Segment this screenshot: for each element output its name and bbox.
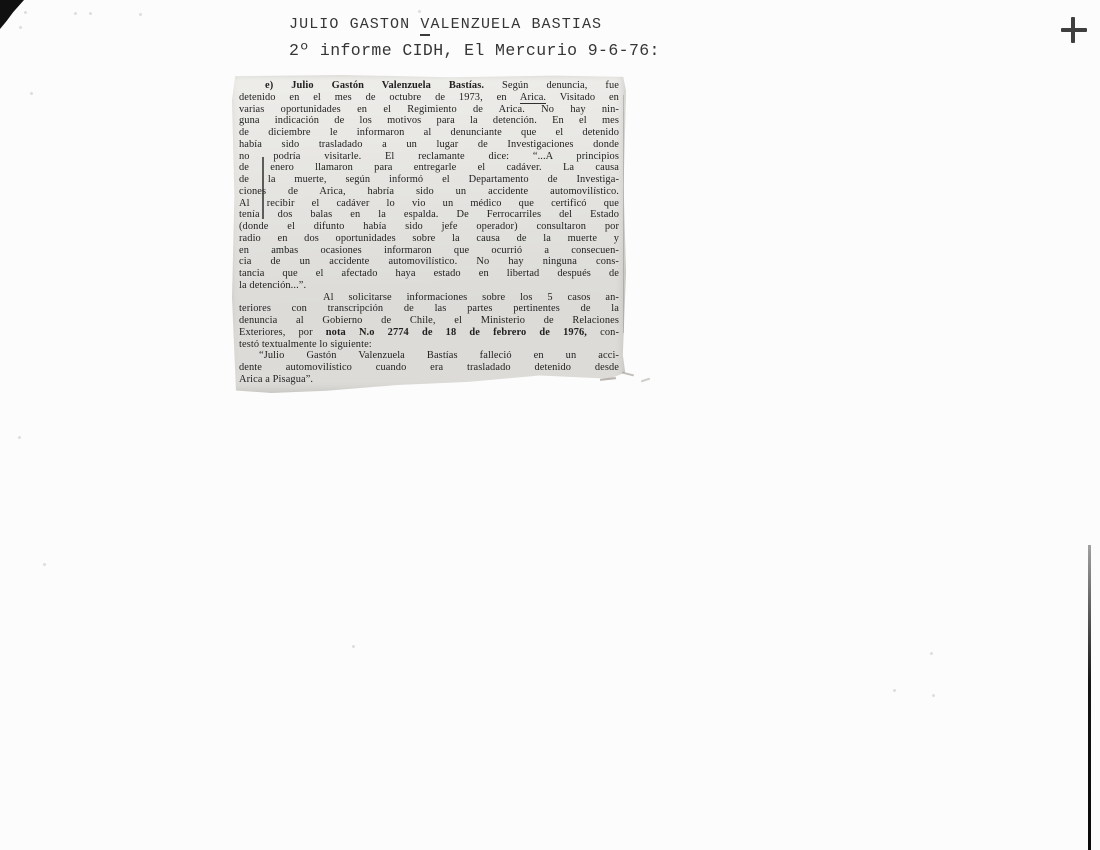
dust-speck: [893, 689, 896, 692]
dust-speck: [43, 563, 46, 566]
clipping-line: radio en dos oportunidades sobre la caus…: [239, 233, 619, 245]
clipping-line: de diciembre le informaron al denunciant…: [239, 127, 619, 139]
dust-speck: [30, 92, 33, 95]
scan-edge-line: [1088, 545, 1091, 850]
clipping-line: tenía dos balas en la espalda. De Ferroc…: [239, 209, 619, 221]
header-source-line: 2º informe CIDH, El Mercurio 9-6-76:: [289, 41, 660, 60]
clipping-line: en ambas ocasiones informaron que ocurri…: [239, 245, 619, 257]
underlined-letter: V: [420, 16, 430, 36]
clipping-line: detenido en el mes de octubre de 1973, e…: [239, 92, 619, 104]
clipping-line: Arica a Pisagua”.: [239, 374, 619, 386]
clipping-line: varias oportunidades en el Regimiento de…: [239, 104, 619, 116]
dust-speck: [74, 12, 77, 15]
clipping-line: Al solicitarse informaciones sobre los 5…: [239, 292, 619, 304]
pencil-mark: [600, 377, 616, 380]
clipping-line: dente automovilístico cuando era traslad…: [239, 362, 619, 374]
clipping-line: tancia que el afectado haya estado en li…: [239, 268, 619, 280]
dust-speck: [930, 652, 933, 655]
dust-speck: [418, 10, 421, 13]
dust-speck: [352, 645, 355, 648]
dust-speck: [19, 26, 22, 29]
dust-speck: [89, 12, 92, 15]
pencil-mark: [641, 378, 650, 382]
clipping-line: cia de un accidente automovilístico. No …: [239, 256, 619, 268]
clipping-line: guna indicación de los motivos para la d…: [239, 115, 619, 127]
clipping-line: de enero llamaron para entregarle el cad…: [239, 162, 619, 174]
clipping-line: la detención...”.: [239, 280, 619, 292]
clipping-line: no podría visitarle. El reclamante dice:…: [239, 151, 619, 163]
stray-scratch-line: [262, 157, 264, 219]
typed-header: JULIO GASTON VALENZUELA BASTIAS 2º infor…: [289, 16, 660, 60]
dust-speck: [139, 13, 142, 16]
dust-speck: [24, 11, 27, 14]
clipping-line: “Julio Gastón Valenzuela Bastías falleci…: [239, 350, 619, 362]
clipping-line: había sido trasladado a un lugar de Inve…: [239, 139, 619, 151]
dust-speck: [932, 694, 935, 697]
scanned-document-page: JULIO GASTON VALENZUELA BASTIAS 2º infor…: [0, 0, 1100, 850]
clipping-line: Exteriores, por nota N.o 2774 de 18 de f…: [239, 327, 619, 339]
clipping-line: e) Julio Gastón Valenzuela Bastías. Segú…: [239, 80, 619, 92]
registration-cross-icon: [1071, 17, 1075, 43]
clipping-line: de la muerte, según informó el Departame…: [239, 174, 619, 186]
clipping-line: ciones de Arica, habría sido un accident…: [239, 186, 619, 198]
clipping-line: Al recibir el cadáver lo vio un médico q…: [239, 198, 619, 210]
clipping-paragraph: Al solicitarse informaciones sobre los 5…: [239, 292, 619, 351]
dust-speck: [18, 436, 21, 439]
corner-blotch-mark: [0, 0, 24, 29]
clipping-paragraph: “Julio Gastón Valenzuela Bastías falleci…: [239, 350, 619, 385]
clipping-line: teriores con transcripción de las partes…: [239, 303, 619, 315]
header-name-line: JULIO GASTON VALENZUELA BASTIAS: [289, 16, 660, 33]
clipping-line: (donde el difunto había sido jefe operad…: [239, 221, 619, 233]
clipping-line: denuncia al Gobierno de Chile, el Minist…: [239, 315, 619, 327]
clipping-paragraph: e) Julio Gastón Valenzuela Bastías. Segú…: [239, 80, 619, 292]
column-rule-line: [623, 95, 624, 333]
pencil-mark: [622, 372, 634, 376]
news-clipping: e) Julio Gastón Valenzuela Bastías. Segú…: [232, 75, 626, 393]
clipping-text: e) Julio Gastón Valenzuela Bastías. Segú…: [239, 80, 619, 386]
clipping-line: testó textualmente lo siguiente:: [239, 339, 619, 351]
